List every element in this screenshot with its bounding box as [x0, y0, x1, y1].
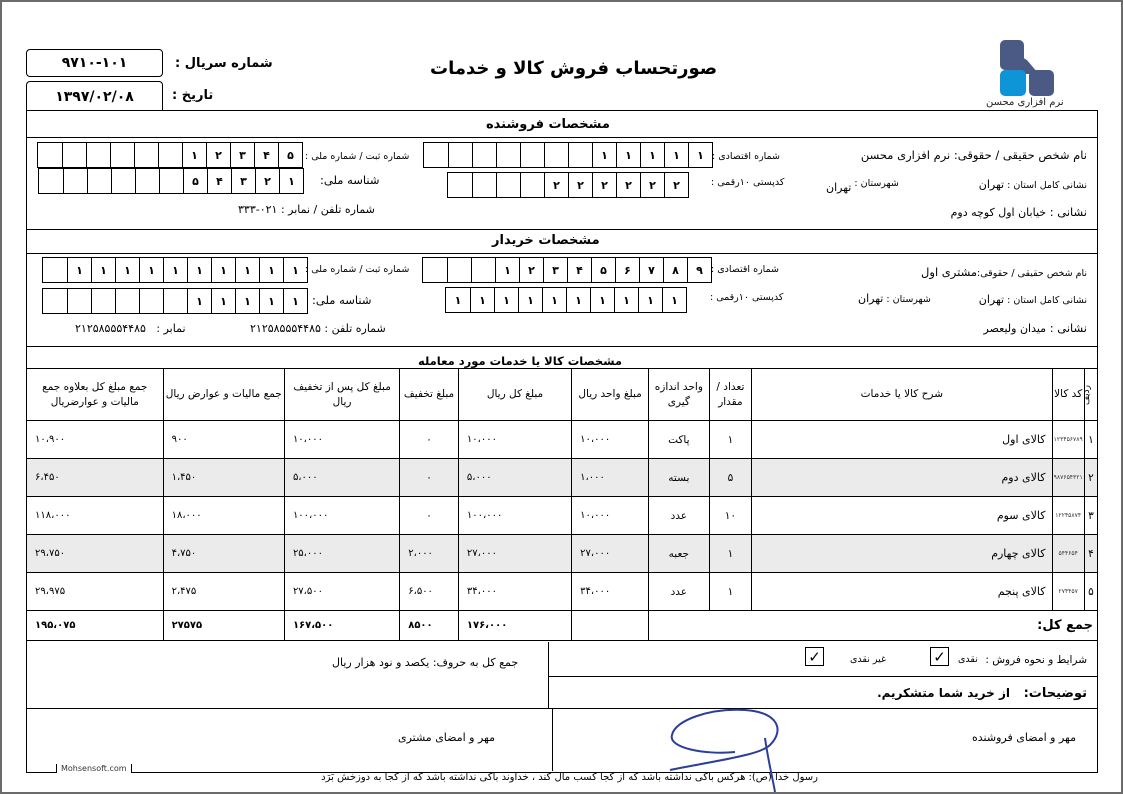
digit-box: [111, 169, 135, 193]
item-after-discount: ۲۵،۰۰۰: [284, 535, 399, 573]
notes-value: از خرید شما متشکریم.: [877, 686, 1010, 700]
item-description: کالای اول: [752, 421, 1052, 459]
item-after-discount: ۱۰،۰۰۰: [284, 421, 399, 459]
buyer-registration-boxes: ۱۱۱۱۱۱۱۱۱۱: [42, 257, 308, 283]
digit-box: ۱: [182, 143, 206, 167]
buyer-phone-label: شماره تلفن :: [324, 322, 385, 335]
item-discount: ۰: [400, 421, 459, 459]
item-tax: ۱،۴۵۰: [163, 459, 284, 497]
seller-province-label: نشانی کامل استان :: [1007, 180, 1087, 191]
items-table: ردیف کد کالا شرح کالا یا خدمات تعداد / م…: [26, 368, 1098, 641]
buyer-address: نشانی : میدان ولیعصر: [984, 321, 1087, 335]
digit-box: [520, 143, 544, 167]
date-value: ۱۳۹۷/۰۲/۰۸: [55, 89, 134, 105]
buyer-phone: شماره تلفن : ۲۱۲۵۸۵۵۵۴۴۸۵: [250, 322, 386, 335]
buyer-name: نام شخص حقیقی / حقوقی:مشتری اول: [921, 265, 1087, 279]
col-after-discount: مبلغ کل پس از تخفیف ریال: [284, 369, 399, 421]
item-discount: ۰: [400, 497, 459, 535]
seller-signature-label: مهر و امضای فروشنده: [972, 731, 1076, 744]
seller-phone: شماره تلفن / نمابر : ۰۲۱-۳۳۳: [238, 203, 375, 216]
seller-name-label: نام شخص حقیقی / حقوقی:: [954, 148, 1087, 162]
buyer-city: شهرستان : تهران: [858, 292, 931, 305]
item-quantity: ۱: [709, 573, 751, 611]
item-total: ۵،۰۰۰: [458, 459, 571, 497]
digit-box: [447, 258, 471, 282]
col-total: مبلغ کل ریال: [458, 369, 571, 421]
table-row: ۳۱۲۲۴۵۸۷۴کالای سوم۱۰عدد۱۰،۰۰۰۱۰۰،۰۰۰۰۱۰۰…: [27, 497, 1098, 535]
seller-national-id-boxes: ۱۲۳۴۵: [38, 168, 304, 194]
buyer-province: نشانی کامل استان : تهران: [979, 293, 1087, 306]
digit-box: ۴: [207, 169, 231, 193]
digit-box: ۳: [231, 169, 255, 193]
digit-box: ۱: [283, 289, 307, 313]
digit-box: ۶: [615, 258, 639, 282]
item-after-discount: ۵،۰۰۰: [284, 459, 399, 497]
digit-box: ۱: [67, 258, 91, 282]
item-unit-price: ۳۴،۰۰۰: [572, 573, 649, 611]
item-description: کالای چهارم: [752, 535, 1052, 573]
item-tax: ۲،۴۷۵: [163, 573, 284, 611]
notes: توضیحات: از خرید شما متشکریم.: [877, 686, 1087, 701]
digit-box: [472, 143, 496, 167]
seller-section-title: مشخصات فروشنده: [486, 117, 610, 132]
date-box: ۱۳۹۷/۰۲/۰۸: [26, 81, 163, 111]
col-grand-total: جمع مبلغ کل بعلاوه جمع مالیات و عوارضریا…: [27, 369, 164, 421]
notes-label: توضیحات:: [1024, 686, 1087, 701]
serial-number-value: ۹۷۱۰-۱۰۱: [62, 55, 128, 71]
digit-box: ۱: [518, 288, 542, 312]
buyer-registration-label: شماره ثبت / شماره ملی :: [305, 264, 409, 275]
digit-box: ۱: [688, 143, 712, 167]
buyer-fax-value: ۲۱۲۵۸۵۵۵۴۴۸۵: [75, 322, 146, 335]
noncash-label: غیر نقدی: [850, 654, 886, 665]
digit-box: ۲: [568, 173, 592, 197]
digit-box: [448, 173, 472, 197]
divider: [548, 676, 1098, 677]
digit-box: [86, 143, 110, 167]
seller-address-value: خیابان اول کوچه دوم: [951, 206, 1046, 219]
items-section-title: مشخصات کالا یا خدمات مورد معامله: [418, 354, 622, 368]
col-unit: واحد اندازه گیری: [649, 369, 710, 421]
total-in-words: جمع کل به حروف: یکصد و نود هزار ریال: [332, 656, 518, 669]
digit-box: ۱: [592, 143, 616, 167]
totals-tax: ۲۷۵۷۵: [163, 611, 284, 641]
buyer-name-label: نام شخص حقیقی / حقوقی:: [977, 268, 1087, 279]
row-number: ۴: [1084, 535, 1097, 573]
buyer-fax: نمابر : ۲۱۲۵۸۵۵۵۴۴۸۵: [75, 322, 186, 335]
logo-block-blue: [1000, 70, 1026, 96]
row-number: ۲: [1084, 459, 1097, 497]
serial-number-label: شماره سریال :: [175, 56, 273, 71]
item-unit-price: ۱۰،۰۰۰: [572, 421, 649, 459]
digit-box: [63, 169, 87, 193]
item-unit: بسته: [649, 459, 710, 497]
item-code: ۵۴۴۶۵۴: [1052, 535, 1084, 573]
item-tax: ۹۰۰: [163, 421, 284, 459]
seller-economic-code-label: شماره اقتصادی :: [712, 151, 780, 162]
buyer-economic-code-label: شماره اقتصادی :: [711, 264, 779, 275]
digit-box: ۲: [255, 169, 279, 193]
digit-box: [38, 143, 62, 167]
digit-box: [135, 169, 159, 193]
buyer-postal-label: کدپستی ۱۰رقمی :: [710, 292, 783, 303]
buyer-province-value: تهران: [979, 293, 1004, 306]
item-total: ۱۰۰،۰۰۰: [458, 497, 571, 535]
item-quantity: ۱: [709, 535, 751, 573]
digit-box: [496, 143, 520, 167]
digit-box: ۴: [567, 258, 591, 282]
digit-box: [158, 143, 182, 167]
logo-block-right: [1029, 70, 1054, 96]
digit-box: ۱: [566, 288, 590, 312]
col-discount: مبلغ تخفیف: [400, 369, 459, 421]
item-quantity: ۱۰: [709, 497, 751, 535]
digit-box: ۱: [494, 288, 518, 312]
digit-box: ۵: [183, 169, 207, 193]
buyer-province-label: نشانی کامل استان :: [1007, 295, 1087, 306]
buyer-address-label: نشانی :: [1050, 321, 1087, 335]
digit-box: [87, 169, 111, 193]
digit-box: ۱: [542, 288, 566, 312]
seller-name: نام شخص حقیقی / حقوقی: نرم افزاری محسن: [861, 148, 1087, 162]
sale-terms-label: شرایط و نحوه فروش :: [985, 654, 1087, 666]
table-row: ۱۱۲۳۴۵۶۷۸۹کالای اول۱پاکت۱۰،۰۰۰۱۰،۰۰۰۰۱۰،…: [27, 421, 1098, 459]
digit-box: ۱: [187, 289, 211, 313]
digit-box: ۱: [640, 143, 664, 167]
item-tax: ۱۸،۰۰۰: [163, 497, 284, 535]
digit-box: ۲: [544, 173, 568, 197]
divider: [26, 708, 1098, 709]
item-code: ۲۷۴۴۵۷: [1052, 573, 1084, 611]
digit-box: [163, 289, 187, 313]
col-row: ردیف: [1084, 369, 1097, 421]
digit-box: ۱: [470, 288, 494, 312]
col-description: شرح کالا یا خدمات: [752, 369, 1052, 421]
seller-national-id-label: شناسه ملی:: [320, 173, 380, 187]
col-quantity: تعداد / مقدار: [709, 369, 751, 421]
item-description: کالای پنجم: [752, 573, 1052, 611]
item-total: ۲۷،۰۰۰: [458, 535, 571, 573]
digit-box: [472, 173, 496, 197]
item-grand-total: ۱۰،۹۰۰: [27, 421, 164, 459]
digit-box: [471, 258, 495, 282]
seller-province: نشانی کامل استان : تهران: [979, 178, 1087, 191]
digit-box: [520, 173, 544, 197]
item-discount: ۶،۵۰۰: [400, 573, 459, 611]
item-grand-total: ۱۱۸،۰۰۰: [27, 497, 164, 535]
digit-box: ۲: [616, 173, 640, 197]
digit-box: [544, 143, 568, 167]
cash-label: نقدی: [958, 654, 978, 665]
buyer-national-id-boxes: ۱۱۱۱۱: [42, 288, 308, 314]
digit-box: ۷: [639, 258, 663, 282]
digit-box: [134, 143, 158, 167]
noncash-checkbox[interactable]: ✓: [805, 647, 824, 666]
invoice-title: صورتحساب فروش کالا و خدمات: [430, 58, 717, 79]
seller-name-value: نرم افزاری محسن: [861, 148, 950, 162]
digit-box: ۱: [235, 258, 259, 282]
cash-checkbox[interactable]: ✓: [930, 647, 949, 666]
digit-box: ۳: [230, 143, 254, 167]
digit-box: [43, 289, 67, 313]
digit-box: ۱: [163, 258, 187, 282]
digit-box: ۴: [254, 143, 278, 167]
buyer-economic-code-boxes: ۹۸۷۶۵۴۳۲۱: [422, 257, 712, 283]
buyer-fax-label: نمابر :: [156, 322, 185, 335]
col-code: کد کالا: [1052, 369, 1084, 421]
seller-city-label: شهرستان :: [854, 178, 899, 189]
serial-number-box: ۹۷۱۰-۱۰۱: [26, 49, 163, 77]
item-description: کالای دوم: [752, 459, 1052, 497]
item-code: ۹۸۷۶۵۴۳۲۱: [1052, 459, 1084, 497]
digit-box: ۱: [279, 169, 303, 193]
table-row: ۴۵۴۴۶۵۴کالای چهارم۱جعبه۲۷،۰۰۰۲۷،۰۰۰۲،۰۰۰…: [27, 535, 1098, 573]
digit-box: ۱: [616, 143, 640, 167]
buyer-section-title: مشخصات خریدار: [492, 233, 600, 248]
col-tax: جمع مالیات و عوارض ریال: [163, 369, 284, 421]
buyer-city-label: شهرستان :: [886, 294, 931, 305]
divider: [26, 253, 1098, 254]
digit-box: ۱: [115, 258, 139, 282]
seller-postal-label: کدپستی ۱۰رقمی :: [711, 177, 784, 188]
digit-box: ۱: [446, 288, 470, 312]
digit-box: [91, 289, 115, 313]
digit-box: [67, 289, 91, 313]
buyer-address-value: میدان ولیعصر: [984, 322, 1047, 335]
digit-box: ۱: [614, 288, 638, 312]
totals-grand: ۱۹۵،۰۷۵: [27, 611, 164, 641]
digit-box: [43, 258, 67, 282]
buyer-city-value: تهران: [858, 292, 883, 305]
row-number: ۵: [1084, 573, 1097, 611]
digit-box: ۱: [590, 288, 614, 312]
totals-total: ۱۷۶،۰۰۰: [458, 611, 571, 641]
item-grand-total: ۶،۴۵۰: [27, 459, 164, 497]
buyer-postal-boxes: ۱۱۱۱۱۱۱۱۱۱: [445, 287, 687, 313]
digit-box: ۱: [638, 288, 662, 312]
item-unit: پاکت: [649, 421, 710, 459]
divider: [26, 346, 1098, 347]
seller-phone-label: شماره تلفن / نمابر :: [281, 203, 375, 216]
digit-box: [159, 169, 183, 193]
website-link[interactable]: Mohsensoft.com: [56, 764, 132, 773]
buyer-phone-value: ۲۱۲۵۸۵۵۵۴۴۸۵: [250, 322, 321, 335]
item-quantity: ۵: [709, 459, 751, 497]
buyer-signature-label: مهر و امضای مشتری: [398, 731, 495, 744]
digit-box: ۱: [211, 289, 235, 313]
digit-box: [110, 143, 134, 167]
item-tax: ۴،۷۵۰: [163, 535, 284, 573]
seller-address: نشانی : خیابان اول کوچه دوم: [951, 205, 1087, 219]
item-after-discount: ۱۰۰،۰۰۰: [284, 497, 399, 535]
digit-box: ۱: [664, 143, 688, 167]
item-total: ۱۰،۰۰۰: [458, 421, 571, 459]
divider: [548, 642, 549, 708]
item-unit: جعبه: [649, 535, 710, 573]
seller-economic-code-boxes: ۱۱۱۱۱: [423, 142, 713, 168]
table-row: ۲۹۸۷۶۵۴۳۲۱کالای دوم۵بسته۱،۰۰۰۵،۰۰۰۰۵،۰۰۰…: [27, 459, 1098, 497]
digit-box: [496, 173, 520, 197]
digit-box: ۲: [640, 173, 664, 197]
footer-quote: رسول خدا (ص): هرکس باکی نداشته باشد که ا…: [321, 772, 818, 783]
totals-row: جمع کل:۱۷۶،۰۰۰۸۵۰۰۱۶۷،۵۰۰۲۷۵۷۵۱۹۵،۰۷۵: [27, 611, 1098, 641]
digit-box: ۱: [139, 258, 163, 282]
totals-blank-cell: [572, 611, 649, 641]
totals-label: جمع کل:: [649, 611, 1098, 641]
item-code: ۱۲۲۴۵۸۷۴: [1052, 497, 1084, 535]
digit-box: ۲: [519, 258, 543, 282]
seller-address-label: نشانی :: [1050, 205, 1087, 219]
row-number: ۳: [1084, 497, 1097, 535]
seller-province-value: تهران: [979, 178, 1004, 191]
digit-box: ۱: [211, 258, 235, 282]
digit-box: ۱: [259, 258, 283, 282]
seller-phone-value: ۰۲۱-۳۳۳: [238, 203, 277, 216]
item-grand-total: ۲۹،۷۵۰: [27, 535, 164, 573]
table-row: ۵۲۷۴۴۵۷کالای پنجم۱عدد۳۴،۰۰۰۳۴،۰۰۰۶،۵۰۰۲۷…: [27, 573, 1098, 611]
digit-box: ۹: [687, 258, 711, 282]
digit-box: ۱: [91, 258, 115, 282]
item-code: ۱۲۳۴۵۶۷۸۹: [1052, 421, 1084, 459]
item-unit-price: ۱،۰۰۰: [572, 459, 649, 497]
seller-city: شهرستان : تهران: [826, 176, 899, 189]
item-discount: ۰: [400, 459, 459, 497]
item-unit: عدد: [649, 497, 710, 535]
digit-box: [62, 143, 86, 167]
digit-box: [568, 143, 592, 167]
row-number: ۱: [1084, 421, 1097, 459]
items-header-row: ردیف کد کالا شرح کالا یا خدمات تعداد / م…: [27, 369, 1098, 421]
digit-box: [139, 289, 163, 313]
totals-discount: ۸۵۰۰: [400, 611, 459, 641]
date-label: تاریخ :: [172, 88, 213, 103]
digit-box: ۲: [592, 173, 616, 197]
buyer-name-value: مشتری اول: [921, 265, 977, 279]
digit-box: [115, 289, 139, 313]
digit-box: ۵: [591, 258, 615, 282]
divider: [26, 137, 1098, 138]
item-unit-price: ۲۷،۰۰۰: [572, 535, 649, 573]
item-total: ۳۴،۰۰۰: [458, 573, 571, 611]
digit-box: ۵: [278, 143, 302, 167]
totals-after-discount: ۱۶۷،۵۰۰: [284, 611, 399, 641]
seller-registration-boxes: ۵۴۳۲۱: [37, 142, 303, 168]
digit-box: ۳: [543, 258, 567, 282]
digit-box: ۱: [662, 288, 686, 312]
digit-box: [423, 258, 447, 282]
digit-box: [39, 169, 63, 193]
seller-city-value: تهران: [826, 181, 851, 194]
digit-box: ۸: [663, 258, 687, 282]
item-discount: ۲،۰۰۰: [400, 535, 459, 573]
buyer-national-id-label: شناسه ملی:: [312, 293, 372, 307]
item-unit-price: ۱۰،۰۰۰: [572, 497, 649, 535]
digit-box: ۲: [664, 173, 688, 197]
digit-box: ۱: [259, 289, 283, 313]
digit-box: ۱: [235, 289, 259, 313]
item-unit: عدد: [649, 573, 710, 611]
item-quantity: ۱: [709, 421, 751, 459]
digit-box: [424, 143, 448, 167]
digit-box: ۱: [283, 258, 307, 282]
digit-box: ۲: [206, 143, 230, 167]
item-after-discount: ۲۷،۵۰۰: [284, 573, 399, 611]
col-unit-price: مبلغ واحد ریال: [572, 369, 649, 421]
digit-box: ۱: [495, 258, 519, 282]
divider: [26, 229, 1098, 230]
divider: [552, 708, 553, 771]
digit-box: [448, 143, 472, 167]
seller-postal-boxes: ۲۲۲۲۲۲: [447, 172, 689, 198]
digit-box: ۱: [187, 258, 211, 282]
seller-registration-label: شماره ثبت / شماره ملی :: [305, 151, 409, 162]
logo-text: نرم افزاری محسن: [986, 97, 1064, 108]
item-grand-total: ۲۹،۹۷۵: [27, 573, 164, 611]
item-description: کالای سوم: [752, 497, 1052, 535]
